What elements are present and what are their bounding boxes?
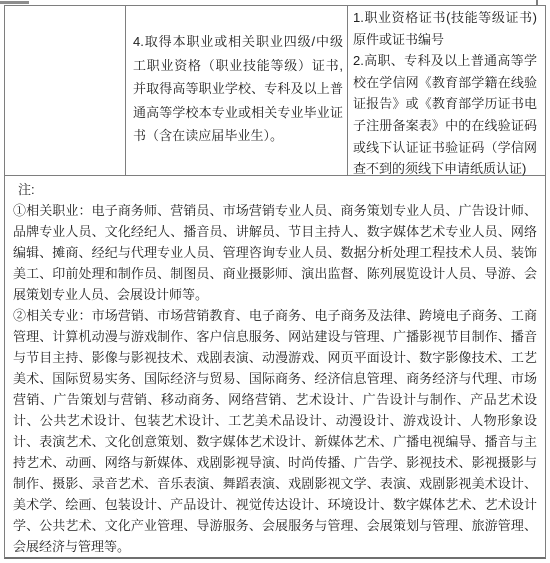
requirement-condition-cell: 4.取得本职业或相关职业四级/中级工职业资格（职业技能等级）证书,并取得高等职业… [126,6,348,175]
requirement-text: 4.取得本职业或相关职业四级/中级工职业资格（职业技能等级）证书,并取得高等职业… [133,30,343,148]
empty-label-cell [5,6,126,175]
certificate-requirements-table: 4.取得本职业或相关职业四级/中级工职业资格（职业技能等级）证书,并取得高等职业… [4,5,546,559]
required-materials-cell: 1.职业资格证书(技能等级证书)原件或证书编号 2.高职、专科及以上普通高等学校… [348,6,545,175]
related-occupations-text: ①相关职业：电子商务师、营销员、市场营销专业人员、商务策划专业人员、广告设计师、… [13,200,537,305]
page-crop-artifact-left [0,1,29,4]
table-row: 4.取得本职业或相关职业四级/中级工职业资格（职业技能等级）证书,并取得高等职业… [5,6,545,176]
notes-cell: 注: ①相关职业：电子商务师、营销员、市场营销专业人员、商务策划专业人员、广告设… [5,176,545,557]
related-majors-text: ②相关专业：市场营销、市场营销教育、电子商务、电子商务及法律、跨境电子商务、工商… [13,305,537,557]
materials-item-1: 1.职业资格证书(技能等级证书)原件或证书编号 [353,7,537,50]
notes-label: 注: [13,179,537,200]
materials-item-2: 2.高职、专科及以上普通高等学校在学信网《教育部学籍在线验证报告》或《教育部学历… [353,50,537,180]
